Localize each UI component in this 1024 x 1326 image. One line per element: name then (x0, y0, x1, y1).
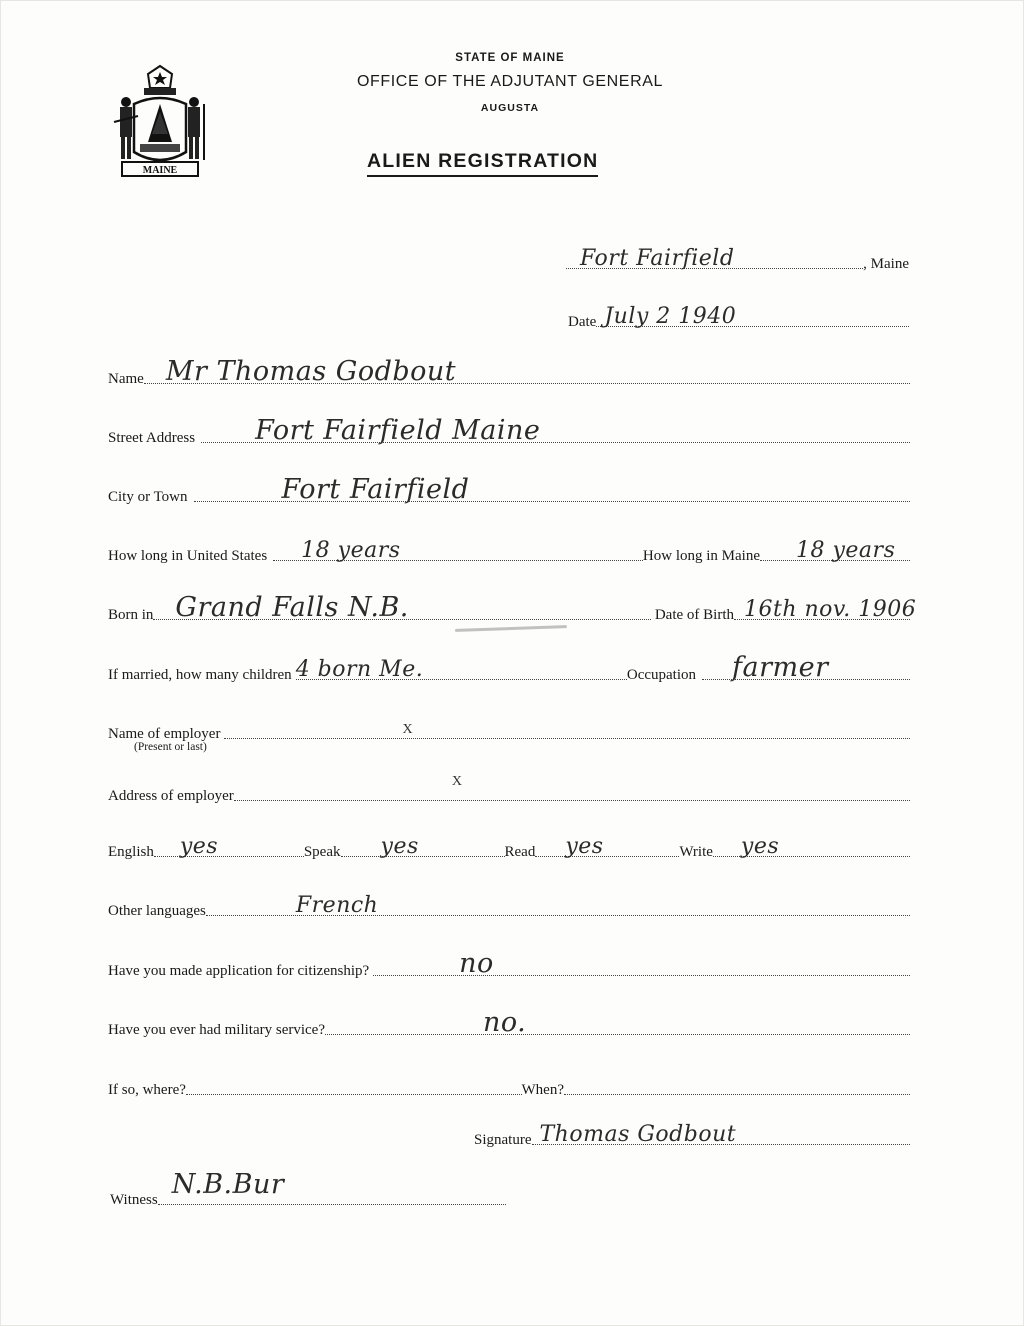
street-address-label: Street Address (108, 431, 195, 446)
english-field[interactable]: yes (154, 824, 304, 857)
speak-label: Speak (304, 845, 341, 860)
where-field[interactable] (186, 1062, 522, 1095)
city-value: Fort Fairfield (282, 476, 470, 503)
born-in-value: Grand Falls N.B. (175, 594, 408, 621)
other-languages-label: Other languages (108, 904, 206, 919)
street-address-row: Street Address Fort Fairfield Maine (108, 414, 910, 446)
signature-label: Signature (474, 1133, 532, 1148)
street-address-field[interactable]: Fort Fairfield Maine (201, 410, 910, 443)
military-field[interactable]: no. (325, 1002, 910, 1035)
english-value: yes (180, 836, 218, 858)
citizenship-field[interactable]: no (373, 943, 910, 976)
employer-name-label: Name of employer (108, 727, 220, 742)
place-suffix: , Maine (863, 257, 909, 272)
employer-name-field[interactable]: X (224, 706, 910, 739)
date-field[interactable]: July 2 1940 (596, 294, 909, 327)
how-long-us-field[interactable]: 18 years (273, 528, 643, 561)
name-value: Mr Thomas Godbout (166, 358, 456, 385)
children-occupation-row: If married, how many children 4 born Me.… (108, 651, 910, 683)
occupation-field[interactable]: farmer (702, 647, 910, 680)
citizenship-row: Have you made application for citizenshi… (108, 947, 910, 979)
how-long-maine-value: 18 years (796, 540, 895, 562)
header-city: AUGUSTA (300, 102, 720, 114)
military-label: Have you ever had military service? (108, 1023, 325, 1038)
street-address-value: Fort Fairfield Maine (255, 417, 540, 444)
place-value: Fort Fairfield (580, 248, 734, 270)
military-value: no. (483, 1009, 526, 1036)
read-field[interactable]: yes (535, 824, 679, 857)
city-label: City or Town (108, 490, 188, 505)
header-state: STATE OF MAINE (300, 52, 720, 64)
other-languages-value: French (296, 895, 378, 917)
employer-name-value: X (402, 722, 412, 738)
write-field[interactable]: yes (713, 824, 910, 857)
date-label: Date (568, 315, 596, 330)
birth-row: Born in Grand Falls N.B. Date of Birth 1… (108, 591, 910, 623)
employer-address-value: X (452, 774, 462, 790)
other-languages-row: Other languages French (108, 887, 910, 919)
svg-text:MAINE: MAINE (143, 165, 178, 176)
children-label: If married, how many children (108, 668, 292, 683)
residence-duration-row: How long in United States 18 years How l… (108, 532, 910, 564)
date-of-birth-field[interactable]: 16th nov. 1906 (734, 587, 910, 620)
date-value: July 2 1940 (604, 306, 736, 328)
employer-name-row: Name of employer X (108, 710, 910, 742)
witness-label: Witness (110, 1193, 158, 1208)
born-in-field[interactable]: Grand Falls N.B. (153, 587, 650, 620)
witness-field[interactable]: N.B.Bur (158, 1172, 506, 1205)
place-field[interactable]: Fort Fairfield (566, 236, 863, 269)
employer-address-row: Address of employer X (108, 772, 910, 804)
signature-row: Signature Thomas Godbout (474, 1116, 910, 1148)
children-value: 4 born Me. (296, 659, 424, 681)
citizenship-value: no (459, 950, 494, 977)
name-field[interactable]: Mr Thomas Godbout (144, 351, 910, 384)
children-field[interactable]: 4 born Me. (296, 647, 627, 680)
how-long-us-label: How long in United States (108, 549, 267, 564)
city-field[interactable]: Fort Fairfield (194, 469, 910, 502)
employer-address-label: Address of employer (108, 789, 234, 804)
date-row: Date July 2 1940 (568, 298, 909, 330)
maine-seal-icon: MAINE (108, 64, 212, 186)
date-of-birth-value: 16th nov. 1906 (744, 599, 916, 621)
speak-value: yes (381, 836, 419, 858)
military-row: Have you ever had military service? no. (108, 1006, 910, 1038)
read-value: yes (565, 836, 603, 858)
signature-field[interactable]: Thomas Godbout (532, 1112, 911, 1145)
witness-row: Witness N.B.Bur (110, 1176, 506, 1208)
document-title: ALIEN REGISTRATION (367, 150, 598, 177)
born-in-label: Born in (108, 608, 153, 623)
when-label: When? (522, 1083, 564, 1098)
occupation-value: farmer (732, 654, 829, 681)
english-label: English (108, 845, 154, 860)
how-long-us-value: 18 years (301, 540, 400, 562)
read-label: Read (505, 845, 536, 860)
where-label: If so, where? (108, 1083, 186, 1098)
name-label: Name (108, 372, 144, 387)
where-when-row: If so, where? When? (108, 1066, 910, 1098)
occupation-label: Occupation (627, 668, 696, 683)
signature-value: Thomas Godbout (540, 1124, 737, 1146)
witness-value: N.B.Bur (172, 1171, 285, 1198)
employer-name-sublabel: (Present or last) (134, 741, 207, 753)
header-office: OFFICE OF THE ADJUTANT GENERAL (300, 73, 720, 91)
employer-address-field[interactable]: X (234, 768, 910, 801)
how-long-maine-field[interactable]: 18 years (760, 528, 910, 561)
speak-field[interactable]: yes (341, 824, 505, 857)
name-row: Name Mr Thomas Godbout (108, 355, 910, 387)
how-long-maine-label: How long in Maine (643, 549, 760, 564)
write-label: Write (679, 845, 713, 860)
citizenship-label: Have you made application for citizenshi… (108, 964, 369, 979)
city-row: City or Town Fort Fairfield (108, 473, 910, 505)
other-languages-field[interactable]: French (206, 883, 910, 916)
write-value: yes (741, 836, 779, 858)
date-of-birth-label: Date of Birth (655, 608, 734, 623)
english-row: English yes Speak yes Read yes Write yes (108, 828, 910, 860)
place-row: Fort Fairfield , Maine (566, 240, 909, 272)
when-field[interactable] (564, 1062, 910, 1095)
